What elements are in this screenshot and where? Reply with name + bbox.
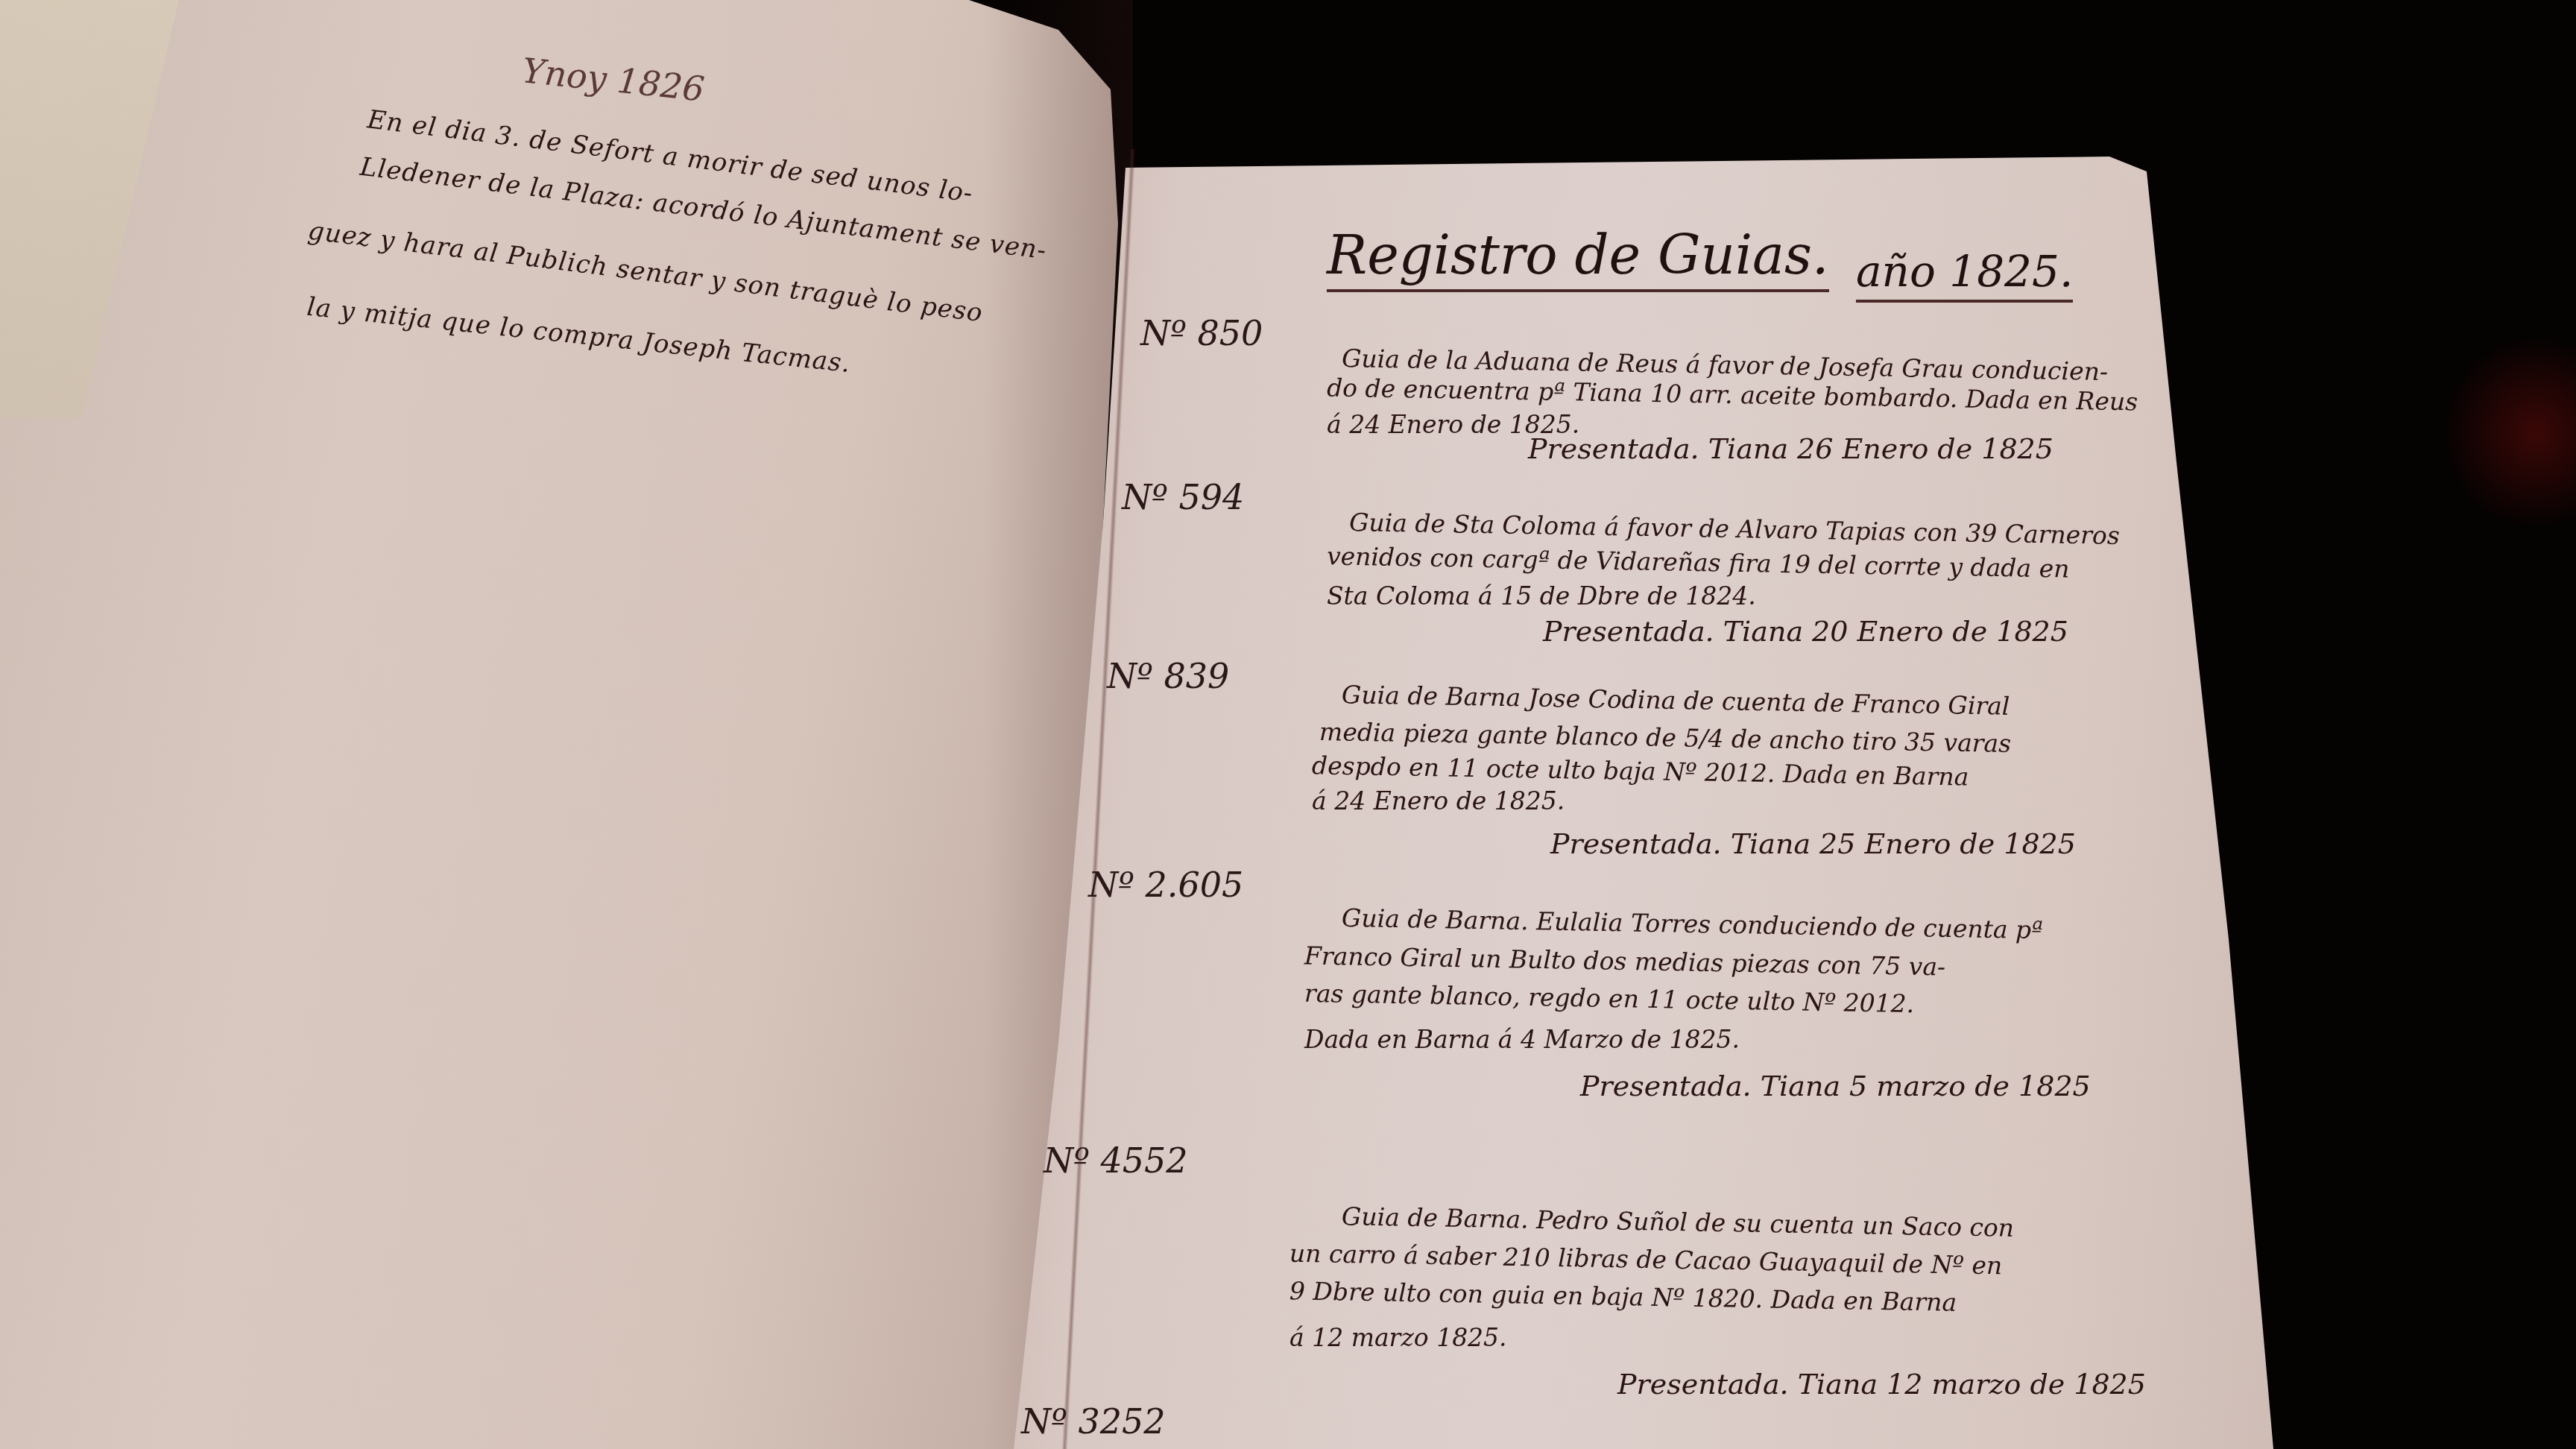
entry-number: Nº 2.605	[1088, 865, 1243, 905]
entry-number: Nº 594	[1122, 477, 1244, 517]
entry-presentada: Presentada. Tiana 5 marzo de 1825	[1580, 1070, 2091, 1102]
entry-line: Sta Coloma á 15 de Dbre de 1824.	[1327, 581, 1756, 610]
entry-number: Nº 850	[1140, 313, 1263, 353]
background-shadow	[2442, 335, 2576, 529]
entry-line: á 12 marzo 1825.	[1289, 1323, 1507, 1352]
underlying-sheet	[0, 0, 179, 417]
register-year: año 1825.	[1856, 246, 2073, 303]
register-title: Registro de Guias.	[1327, 224, 1829, 292]
entry-number: Nº 3252	[1021, 1401, 1166, 1442]
ledger-photo: Ynoy 1826 En el dia 3. de Sefort a morir…	[0, 0, 2576, 1449]
entry-presentada: Presentada. Tiana 20 Enero de 1825	[1543, 615, 2068, 648]
entry-presentada: Presentada. Tiana 26 Enero de 1825	[1528, 432, 2053, 465]
entry-number: Nº 4552	[1044, 1140, 1188, 1181]
entry-line: á 24 Enero de 1825.	[1312, 786, 1565, 815]
entry-line: Dada en Barna á 4 Marzo de 1825.	[1304, 1025, 1740, 1054]
entry-number: Nº 839	[1107, 656, 1229, 696]
entry-presentada: Presentada. Tiana 12 marzo de 1825	[1617, 1368, 2146, 1401]
entry-presentada: Presentada. Tiana 25 Enero de 1825	[1550, 827, 2076, 860]
